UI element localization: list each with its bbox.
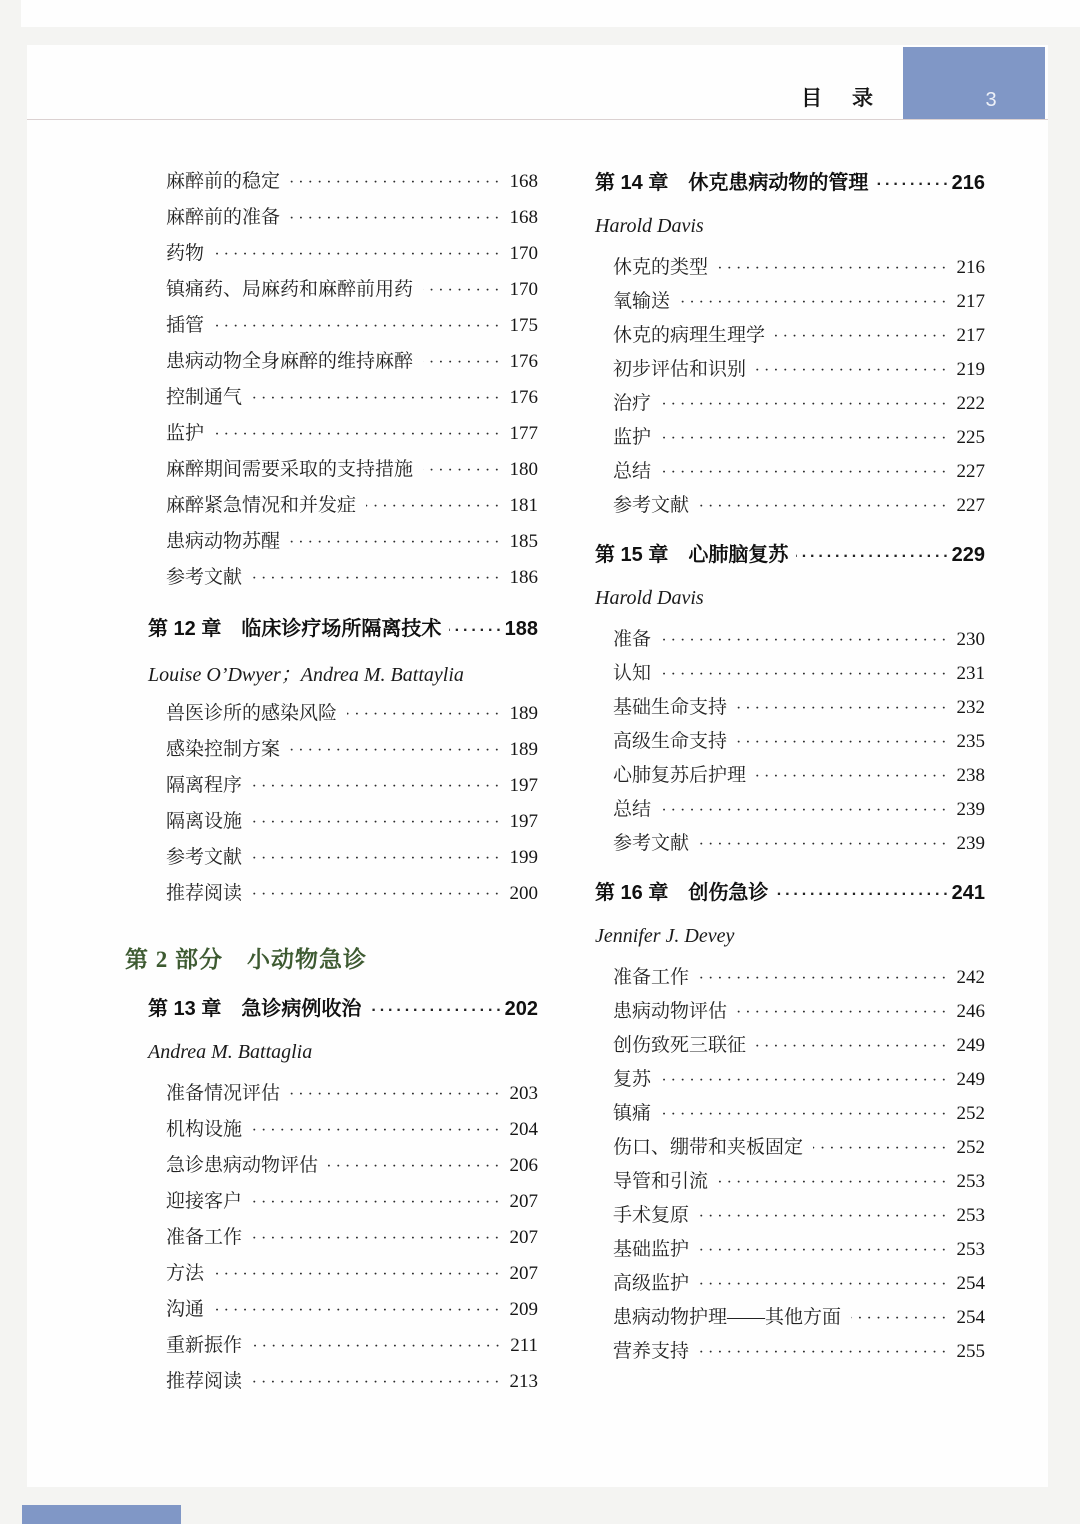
dot-leader: ········································…	[423, 462, 503, 480]
toc-entry-row: 参考文献····································…	[148, 842, 538, 878]
author-line: Jennifer J. Devey	[595, 916, 985, 956]
toc-entry-row: 隔离程序····································…	[148, 770, 538, 806]
toc-entry-row: 导管和引流···································…	[595, 1166, 985, 1200]
toc-entry-row: 推荐阅读····································…	[148, 1366, 538, 1402]
dot-leader: ········································…	[756, 768, 950, 786]
entry-page-number: 232	[957, 697, 986, 719]
entry-page-number: 213	[510, 1371, 539, 1393]
entry-label: 方法	[166, 1258, 204, 1285]
entry-page-number: 239	[957, 833, 986, 855]
chapter-heading-row: 第 16 章 创伤急诊·····························…	[595, 876, 985, 916]
entry-page-number: 242	[957, 967, 986, 989]
dot-leader: ········································…	[737, 734, 950, 752]
entry-page-number: 177	[510, 423, 539, 445]
entry-label: 监护	[613, 422, 651, 449]
toc-entry-row: 患病动物全身麻醉的维持麻醉···························…	[148, 346, 538, 382]
dot-leader: ········································…	[737, 700, 950, 718]
entry-page-number: 175	[510, 315, 539, 337]
dot-leader: ········································…	[699, 1208, 950, 1226]
entry-page-number: 168	[510, 171, 539, 193]
entry-label: 营养支持	[613, 1336, 689, 1363]
entry-page-number: 202	[505, 998, 538, 1021]
dot-leader: ········································…	[369, 1002, 504, 1020]
toc-entry-row: 手术复原····································…	[595, 1200, 985, 1234]
entry-label: 手术复原	[613, 1200, 689, 1227]
dot-leader: ········································…	[252, 570, 503, 588]
dot-leader: ········································…	[680, 294, 950, 312]
toc-column-left: 麻醉前的稳定··································…	[148, 166, 538, 1402]
toc-entry-row: 准备情况评估··································…	[148, 1078, 538, 1114]
toc-entry-row: 麻醉紧急情况和并发症······························…	[148, 490, 538, 526]
entry-page-number: 168	[510, 207, 539, 229]
toc-entry-row: 重新振作····································…	[148, 1330, 538, 1366]
entry-page-number: 217	[957, 325, 986, 347]
toc-entry-row: 迎接客户····································…	[148, 1186, 538, 1222]
chapter-title: 第 14 章 休克患病动物的管理	[595, 166, 868, 195]
entry-label: 初步评估和识别	[613, 354, 746, 381]
entry-page-number: 227	[957, 461, 986, 483]
entry-label: 监护	[166, 418, 204, 445]
dot-leader: ········································…	[290, 742, 503, 760]
entry-page-number: 253	[957, 1205, 986, 1227]
toc-column-right: 第 14 章 休克患病动物的管理························…	[595, 166, 985, 1402]
dot-leader: ········································…	[661, 1106, 950, 1124]
toc-entry-row: 基础监护····································…	[595, 1234, 985, 1268]
entry-label: 参考文献	[613, 828, 689, 855]
entry-label: 休克的病理生理学	[613, 320, 765, 347]
entry-page-number: 189	[510, 739, 539, 761]
toc-entry-row: 药物······································…	[148, 238, 538, 274]
entry-page-number: 229	[952, 544, 985, 567]
chapter-title: 第 13 章 急诊病例收治	[148, 992, 361, 1021]
toc-entry-row: 方法······································…	[148, 1258, 538, 1294]
dot-leader: ········································…	[290, 534, 503, 552]
toc-entry-row: 准备工作····································…	[148, 1222, 538, 1258]
chapter-title: 第 15 章 心肺脑复苏	[595, 538, 788, 567]
entry-page-number: 170	[510, 243, 539, 265]
entry-label: 感染控制方案	[166, 734, 280, 761]
entry-label: 沟通	[166, 1294, 204, 1321]
entry-label: 创伤致死三联征	[613, 1030, 746, 1057]
entry-page-number: 204	[510, 1119, 539, 1141]
author-line: Louise O’Dwyer；Andrea M. Battaylia	[148, 652, 538, 692]
toc-entry-row: 镇痛······································…	[595, 1098, 985, 1132]
entry-page-number: 203	[510, 1083, 539, 1105]
entry-label: 麻醉前的稳定	[166, 166, 280, 193]
dot-leader: ········································…	[252, 850, 503, 868]
chapter-heading-row: 第 12 章 临床诊疗场所隔离技术·······················…	[148, 612, 538, 652]
entry-label: 基础监护	[613, 1234, 689, 1261]
dot-leader: ········································…	[699, 498, 950, 516]
entry-label: 控制通气	[166, 382, 242, 409]
entry-label: 氧输送	[613, 286, 670, 313]
toc-entry-row: 监护······································…	[148, 418, 538, 454]
entry-label: 隔离程序	[166, 770, 242, 797]
dot-leader: ········································…	[214, 1266, 503, 1284]
entry-page-number: 176	[510, 351, 539, 373]
entry-page-number: 254	[957, 1307, 986, 1329]
dot-leader: ········································…	[796, 548, 951, 566]
entry-label: 治疗	[613, 388, 651, 415]
entry-page-number: 246	[957, 1001, 986, 1023]
entry-page-number: 199	[510, 847, 539, 869]
toc-entry-row: 高级生命支持··································…	[595, 726, 985, 760]
author-line: Andrea M. Battaglia	[148, 1032, 538, 1072]
entry-label: 患病动物全身麻醉的维持麻醉	[166, 346, 413, 373]
toc-entry-row: 兽医诊所的感染风险·······························…	[148, 698, 538, 734]
dot-leader: ········································…	[699, 1344, 950, 1362]
dot-leader: ········································…	[252, 1374, 503, 1392]
toc-body: 麻醉前的稳定··································…	[27, 120, 1048, 1402]
toc-entry-row: 高级监护····································…	[595, 1268, 985, 1302]
dot-leader: ········································…	[449, 622, 504, 640]
entry-label: 药物	[166, 238, 204, 265]
entry-page-number: 207	[510, 1191, 539, 1213]
entry-page-number: 235	[957, 731, 986, 753]
entry-label: 基础生命支持	[613, 692, 727, 719]
toc-entry-row: 机构设施····································…	[148, 1114, 538, 1150]
entry-label: 患病动物评估	[613, 996, 727, 1023]
previous-page-edge	[21, 0, 1080, 27]
dot-leader: ········································…	[290, 174, 503, 192]
toc-entry-row: 监护······································…	[595, 422, 985, 456]
toc-entry-row: 准备······································…	[595, 624, 985, 658]
dot-leader: ········································…	[661, 666, 950, 684]
dot-leader: ········································…	[851, 1310, 950, 1328]
entry-label: 认知	[613, 658, 651, 685]
entry-label: 推荐阅读	[166, 1366, 242, 1393]
dot-leader: ········································…	[423, 354, 503, 372]
dot-leader: ········································…	[699, 836, 950, 854]
dot-leader: ········································…	[252, 1338, 504, 1356]
toc-entry-row: 总结······································…	[595, 456, 985, 490]
toc-entry-row: 参考文献····································…	[595, 828, 985, 862]
toc-entry-row: 创伤致死三联征·································…	[595, 1030, 985, 1064]
dot-leader: ········································…	[661, 632, 950, 650]
entry-label: 复苏	[613, 1064, 651, 1091]
entry-page-number: 253	[957, 1239, 986, 1261]
entry-page-number: 217	[957, 291, 986, 313]
entry-page-number: 239	[957, 799, 986, 821]
toc-entry-row: 总结······································…	[595, 794, 985, 828]
dot-leader: ········································…	[252, 1230, 503, 1248]
entry-page-number: 189	[510, 703, 539, 725]
dot-leader: ········································…	[252, 778, 503, 796]
toc-entry-row: 推荐阅读····································…	[148, 878, 538, 914]
dot-leader: ········································…	[347, 706, 503, 724]
entry-label: 急诊患病动物评估	[166, 1150, 318, 1177]
toc-entry-row: 患病动物评估··································…	[595, 996, 985, 1030]
entry-label: 参考文献	[166, 562, 242, 589]
dot-leader: ········································…	[290, 1086, 503, 1104]
chapter-title: 第 12 章 临床诊疗场所隔离技术	[148, 612, 441, 641]
entry-page-number: 222	[957, 393, 986, 415]
entry-label: 兽医诊所的感染风险	[166, 698, 337, 725]
entry-page-number: 206	[510, 1155, 539, 1177]
chapter-heading-row: 第 14 章 休克患病动物的管理························…	[595, 166, 985, 206]
page-number: 3	[985, 89, 996, 119]
page-number-box: 3	[903, 47, 1045, 119]
entry-page-number: 249	[957, 1069, 986, 1091]
toc-entry-row: 参考文献····································…	[595, 490, 985, 524]
entry-label: 机构设施	[166, 1114, 242, 1141]
toc-entry-row: 麻醉前的准备··································…	[148, 202, 538, 238]
dot-leader: ········································…	[756, 362, 950, 380]
entry-label: 准备	[613, 624, 651, 651]
toc-entry-row: 麻醉前的稳定··································…	[148, 166, 538, 202]
entry-label: 高级监护	[613, 1268, 689, 1295]
entry-page-number: 176	[510, 387, 539, 409]
entry-label: 参考文献	[613, 490, 689, 517]
toc-entry-row: 复苏······································…	[595, 1064, 985, 1098]
entry-page-number: 188	[505, 618, 538, 641]
toc-entry-row: 准备工作····································…	[595, 962, 985, 996]
toc-entry-row: 镇痛药、局麻药和麻醉前用药···························…	[148, 274, 538, 310]
entry-page-number: 241	[952, 882, 985, 905]
dot-leader: ········································…	[661, 1072, 950, 1090]
entry-page-number: 252	[957, 1137, 986, 1159]
entry-label: 患病动物苏醒	[166, 526, 280, 553]
toc-entry-row: 麻醉期间需要采取的支持措施···························…	[148, 454, 538, 490]
entry-page-number: 211	[510, 1335, 538, 1357]
dot-leader: ········································…	[252, 814, 503, 832]
entry-page-number: 225	[957, 427, 986, 449]
entry-label: 隔离设施	[166, 806, 242, 833]
entry-label: 镇痛	[613, 1098, 651, 1125]
author-line: Harold Davis	[595, 578, 985, 618]
entry-page-number: 231	[957, 663, 986, 685]
entry-page-number: 254	[957, 1273, 986, 1295]
entry-label: 高级生命支持	[613, 726, 727, 753]
entry-label: 麻醉前的准备	[166, 202, 280, 229]
entry-page-number: 207	[510, 1263, 539, 1285]
toc-page: 目 录 3 麻醉前的稳定····························…	[27, 45, 1048, 1487]
dot-leader: ········································…	[661, 464, 950, 482]
entry-label: 总结	[613, 456, 651, 483]
entry-label: 推荐阅读	[166, 878, 242, 905]
toc-entry-row: 伤口、绷带和夹板固定······························…	[595, 1132, 985, 1166]
entry-label: 患病动物护理——其他方面	[613, 1302, 841, 1329]
dot-leader: ········································…	[876, 176, 951, 194]
page-header: 目 录 3	[27, 45, 1048, 120]
part-heading: 第 2 部分 小动物急诊	[125, 936, 538, 978]
dot-leader: ········································…	[252, 1122, 503, 1140]
entry-label: 总结	[613, 794, 651, 821]
entry-page-number: 253	[957, 1171, 986, 1193]
entry-page-number: 227	[957, 495, 986, 517]
entry-label: 插管	[166, 310, 204, 337]
entry-page-number: 200	[510, 883, 539, 905]
dot-leader: ········································…	[661, 430, 950, 448]
entry-page-number: 216	[957, 257, 986, 279]
entry-page-number: 238	[957, 765, 986, 787]
entry-label: 重新振作	[166, 1330, 242, 1357]
toc-entry-row: 认知······································…	[595, 658, 985, 692]
dot-leader: ········································…	[214, 426, 503, 444]
entry-page-number: 185	[510, 531, 539, 553]
dot-leader: ········································…	[718, 260, 950, 278]
dot-leader: ········································…	[290, 210, 503, 228]
dot-leader: ········································…	[252, 390, 503, 408]
entry-page-number: 219	[957, 359, 986, 381]
entry-label: 镇痛药、局麻药和麻醉前用药	[166, 274, 413, 301]
entry-page-number: 181	[510, 495, 539, 517]
dot-leader: ········································…	[775, 328, 950, 346]
entry-page-number: 207	[510, 1227, 539, 1249]
entry-label: 心肺复苏后护理	[613, 760, 746, 787]
entry-page-number: 170	[510, 279, 539, 301]
toc-entry-row: 休克的病理生理学································…	[595, 320, 985, 354]
toc-entry-row: 沟通······································…	[148, 1294, 538, 1330]
toc-entry-row: 营养支持····································…	[595, 1336, 985, 1370]
dot-leader: ········································…	[699, 1242, 950, 1260]
dot-leader: ········································…	[423, 282, 503, 300]
dot-leader: ········································…	[252, 1194, 503, 1212]
dot-leader: ········································…	[214, 1302, 503, 1320]
chapter-heading-row: 第 15 章 心肺脑复苏····························…	[595, 538, 985, 578]
dot-leader: ········································…	[661, 802, 950, 820]
entry-page-number: 197	[510, 811, 539, 833]
entry-label: 导管和引流	[613, 1166, 708, 1193]
toc-entry-row: 初步评估和识别·································…	[595, 354, 985, 388]
toc-entry-row: 控制通气····································…	[148, 382, 538, 418]
entry-page-number: 252	[957, 1103, 986, 1125]
entry-label: 准备情况评估	[166, 1078, 280, 1105]
entry-label: 伤口、绷带和夹板固定	[613, 1132, 803, 1159]
entry-label: 迎接客户	[166, 1186, 242, 1213]
entry-page-number: 197	[510, 775, 539, 797]
dot-leader: ········································…	[214, 246, 503, 264]
entry-label: 参考文献	[166, 842, 242, 869]
entry-label: 准备工作	[613, 962, 689, 989]
chapter-title: 第 16 章 创伤急诊	[595, 876, 768, 905]
entry-label: 麻醉期间需要采取的支持措施	[166, 454, 413, 481]
entry-label: 准备工作	[166, 1222, 242, 1249]
entry-page-number: 216	[952, 172, 985, 195]
chapter-heading-row: 第 13 章 急诊病例收治···························…	[148, 992, 538, 1032]
toc-entry-row: 休克的类型···································…	[595, 252, 985, 286]
entry-page-number: 230	[957, 629, 986, 651]
entry-page-number: 209	[510, 1299, 539, 1321]
dot-leader: ········································…	[699, 1276, 950, 1294]
toc-entry-row: 患病动物护理——其他方面····························…	[595, 1302, 985, 1336]
dot-leader: ········································…	[252, 886, 503, 904]
toc-entry-row: 氧输送·····································…	[595, 286, 985, 320]
dot-leader: ········································…	[328, 1158, 503, 1176]
next-page-edge-box	[22, 1505, 181, 1524]
dot-leader: ········································…	[756, 1038, 950, 1056]
entry-page-number: 180	[510, 459, 539, 481]
toc-entry-row: 参考文献····································…	[148, 562, 538, 598]
dot-leader: ········································…	[366, 498, 503, 516]
dot-leader: ········································…	[699, 970, 950, 988]
entry-page-number: 249	[957, 1035, 986, 1057]
toc-entry-row: 基础生命支持··································…	[595, 692, 985, 726]
toc-entry-row: 治疗······································…	[595, 388, 985, 422]
dot-leader: ········································…	[776, 886, 951, 904]
entry-label: 麻醉紧急情况和并发症	[166, 490, 356, 517]
toc-entry-row: 患病动物苏醒··································…	[148, 526, 538, 562]
entry-page-number: 255	[957, 1341, 986, 1363]
toc-entry-row: 心肺复苏后护理·································…	[595, 760, 985, 794]
toc-entry-row: 感染控制方案··································…	[148, 734, 538, 770]
dot-leader: ········································…	[214, 318, 503, 336]
toc-entry-row: 急诊患病动物评估································…	[148, 1150, 538, 1186]
toc-entry-row: 插管······································…	[148, 310, 538, 346]
dot-leader: ········································…	[718, 1174, 950, 1192]
entry-page-number: 186	[510, 567, 539, 589]
toc-entry-row: 隔离设施····································…	[148, 806, 538, 842]
entry-label: 休克的类型	[613, 252, 708, 279]
dot-leader: ········································…	[737, 1004, 950, 1022]
toc-title: 目 录	[801, 82, 885, 112]
dot-leader: ········································…	[661, 396, 950, 414]
author-line: Harold Davis	[595, 206, 985, 246]
dot-leader: ········································…	[813, 1140, 950, 1158]
